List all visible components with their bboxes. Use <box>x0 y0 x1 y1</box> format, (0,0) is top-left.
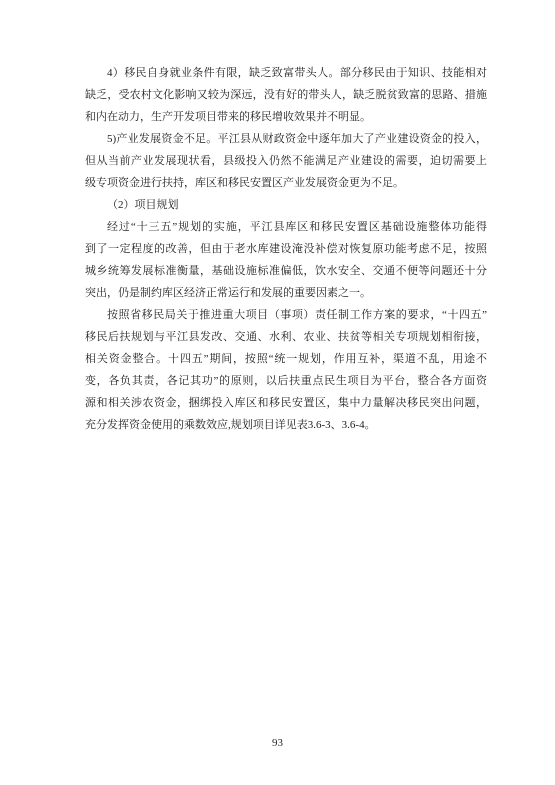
text-line: 源和相关涉农资金，捆绑投入库区和移民安置区，集中力量解决移民突出问题， <box>85 392 487 414</box>
text-line: 4）移民自身就业条件有限，缺乏致富带头人。部分移民由于知识、技能相对 <box>85 62 487 84</box>
text-line: （2）项目规划 <box>85 194 487 216</box>
text-line: 到了一定程度的改善，但由于老水库建设淹没补偿对恢复原功能考虑不足，按照 <box>85 238 487 260</box>
text-line: 变，各负其责，各记其功”的原则，以后扶重点民生项目为平台，整合各方面资 <box>85 370 487 392</box>
text-line: 城乡统筹发展标准衡量，基础设施标准偏低，饮水安全、交通不便等问题还十分 <box>85 260 487 282</box>
text-line: 经过“十三五”规划的实施，平江县库区和移民安置区基础设施整体功能得 <box>85 216 487 238</box>
page-number: 93 <box>0 736 555 750</box>
text-line: 相关资金整合。十四五”期间，按照“统一规划，作用互补，渠道不乱，用途不 <box>85 348 487 370</box>
text-line: 但从当前产业发展现状看，县级投入仍然不能满足产业建设的需要，迫切需要上 <box>85 150 487 172</box>
body-text: 4）移民自身就业条件有限，缺乏致富带头人。部分移民由于知识、技能相对缺乏，受农村… <box>85 62 487 436</box>
text-line: 缺乏，受农村文化影响又较为深远，没有好的带头人，缺乏脱贫致富的思路、措施 <box>85 84 487 106</box>
text-line: 移民后扶规划与平江县发改、交通、水利、农业、扶贫等相关专项规划相衔接， <box>85 326 487 348</box>
text-line: 级专项资金进行扶持，库区和移民安置区产业发展资金更为不足。 <box>85 172 487 194</box>
text-line: 和内在动力，生产开发项目带来的移民增收效果并不明显。 <box>85 106 487 128</box>
text-line: 突出，仍是制约库区经济正常运行和发展的重要因素之一。 <box>85 282 487 304</box>
text-line: 5)产业发展资金不足。平江县从财政资金中逐年加大了产业建设资金的投入， <box>85 128 487 150</box>
document-page: 4）移民自身就业条件有限，缺乏致富带头人。部分移民由于知识、技能相对缺乏，受农村… <box>0 0 555 785</box>
text-line: 按照省移民局关于推进重大项目（事项）责任制工作方案的要求，“十四五” <box>85 304 487 326</box>
text-line: 充分发挥资金使用的乘数效应,规划项目详见表3.6-3、3.6-4。 <box>85 414 487 436</box>
